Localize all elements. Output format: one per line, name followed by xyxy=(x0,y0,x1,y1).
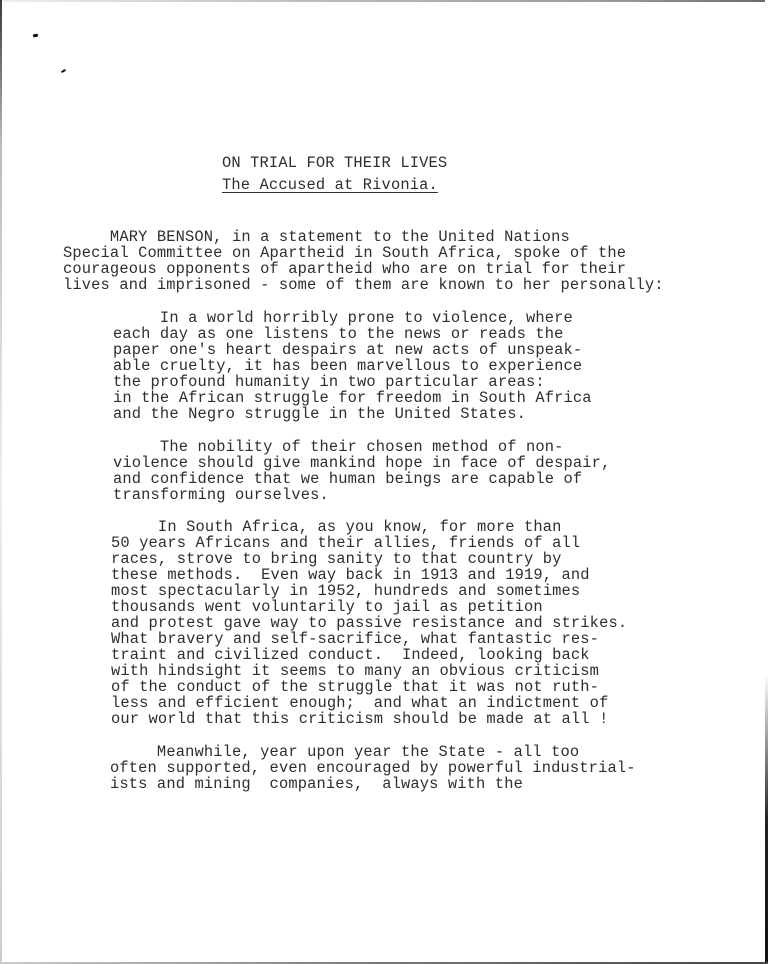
text-line: able cruelty, it has been marvellous to … xyxy=(113,358,582,374)
text-line: ists and mining companies, always with t… xyxy=(110,776,523,792)
text-line: lives and imprisoned - some of them are … xyxy=(63,277,664,293)
text-line: traint and civilized conduct. Indeed, lo… xyxy=(111,647,590,663)
ink-speck-mark xyxy=(33,34,38,38)
ink-speck-mark xyxy=(61,69,66,73)
text-line: 50 years Africans and their allies, frie… xyxy=(111,535,580,551)
text-line: of the conduct of the struggle that it w… xyxy=(111,679,599,695)
text-line: thousands went voluntarily to jail as pe… xyxy=(111,599,543,615)
document-subtitle: The Accused at Rivonia. xyxy=(222,177,438,193)
document-page: ON TRIAL FOR THEIR LIVES The Accused at … xyxy=(0,0,768,964)
text-line: In a world horribly prone to violence, w… xyxy=(113,310,573,326)
text-line: races, strove to bring sanity to that co… xyxy=(111,551,562,567)
text-line: less and efficient enough; and what an i… xyxy=(111,695,608,711)
text-line: transforming ourselves. xyxy=(113,487,329,503)
text-line: and the Negro struggle in the United Sta… xyxy=(113,406,526,422)
text-line: each day as one listens to the news or r… xyxy=(113,326,564,342)
text-line: and protest gave way to passive resistan… xyxy=(111,615,627,631)
text-line: The nobility of their chosen method of n… xyxy=(113,439,564,455)
text-line: most spectacularly in 1952, hundreds and… xyxy=(111,583,580,599)
text-line: courageous opponents of apartheid who ar… xyxy=(63,261,626,277)
text-line: What bravery and self-sacrifice, what fa… xyxy=(111,631,599,647)
text-line: Special Committee on Apartheid in South … xyxy=(63,245,626,261)
text-line: in the African struggle for freedom in S… xyxy=(113,390,592,406)
text-line: with hindsight it seems to many an obvio… xyxy=(111,663,599,679)
text-line: paper one's heart despairs at new acts o… xyxy=(113,342,582,358)
page-edge-top xyxy=(0,0,768,2)
document-title: ON TRIAL FOR THEIR LIVES xyxy=(222,155,447,171)
text-line: Meanwhile, year upon year the State - al… xyxy=(110,744,579,760)
text-line: violence should give mankind hope in fac… xyxy=(113,455,610,471)
text-line: In South Africa, as you know, for more t… xyxy=(111,519,562,535)
text-line: and confidence that we human beings are … xyxy=(113,471,582,487)
text-line: the profound humanity in two particular … xyxy=(113,374,545,390)
text-line: often supported, even encouraged by powe… xyxy=(110,760,636,776)
text-line: these methods. Even way back in 1913 and… xyxy=(111,567,590,583)
page-edge-left xyxy=(0,0,2,964)
text-line: our world that this criticism should be … xyxy=(111,711,608,727)
text-line: MARY BENSON, in a statement to the Unite… xyxy=(63,229,570,245)
